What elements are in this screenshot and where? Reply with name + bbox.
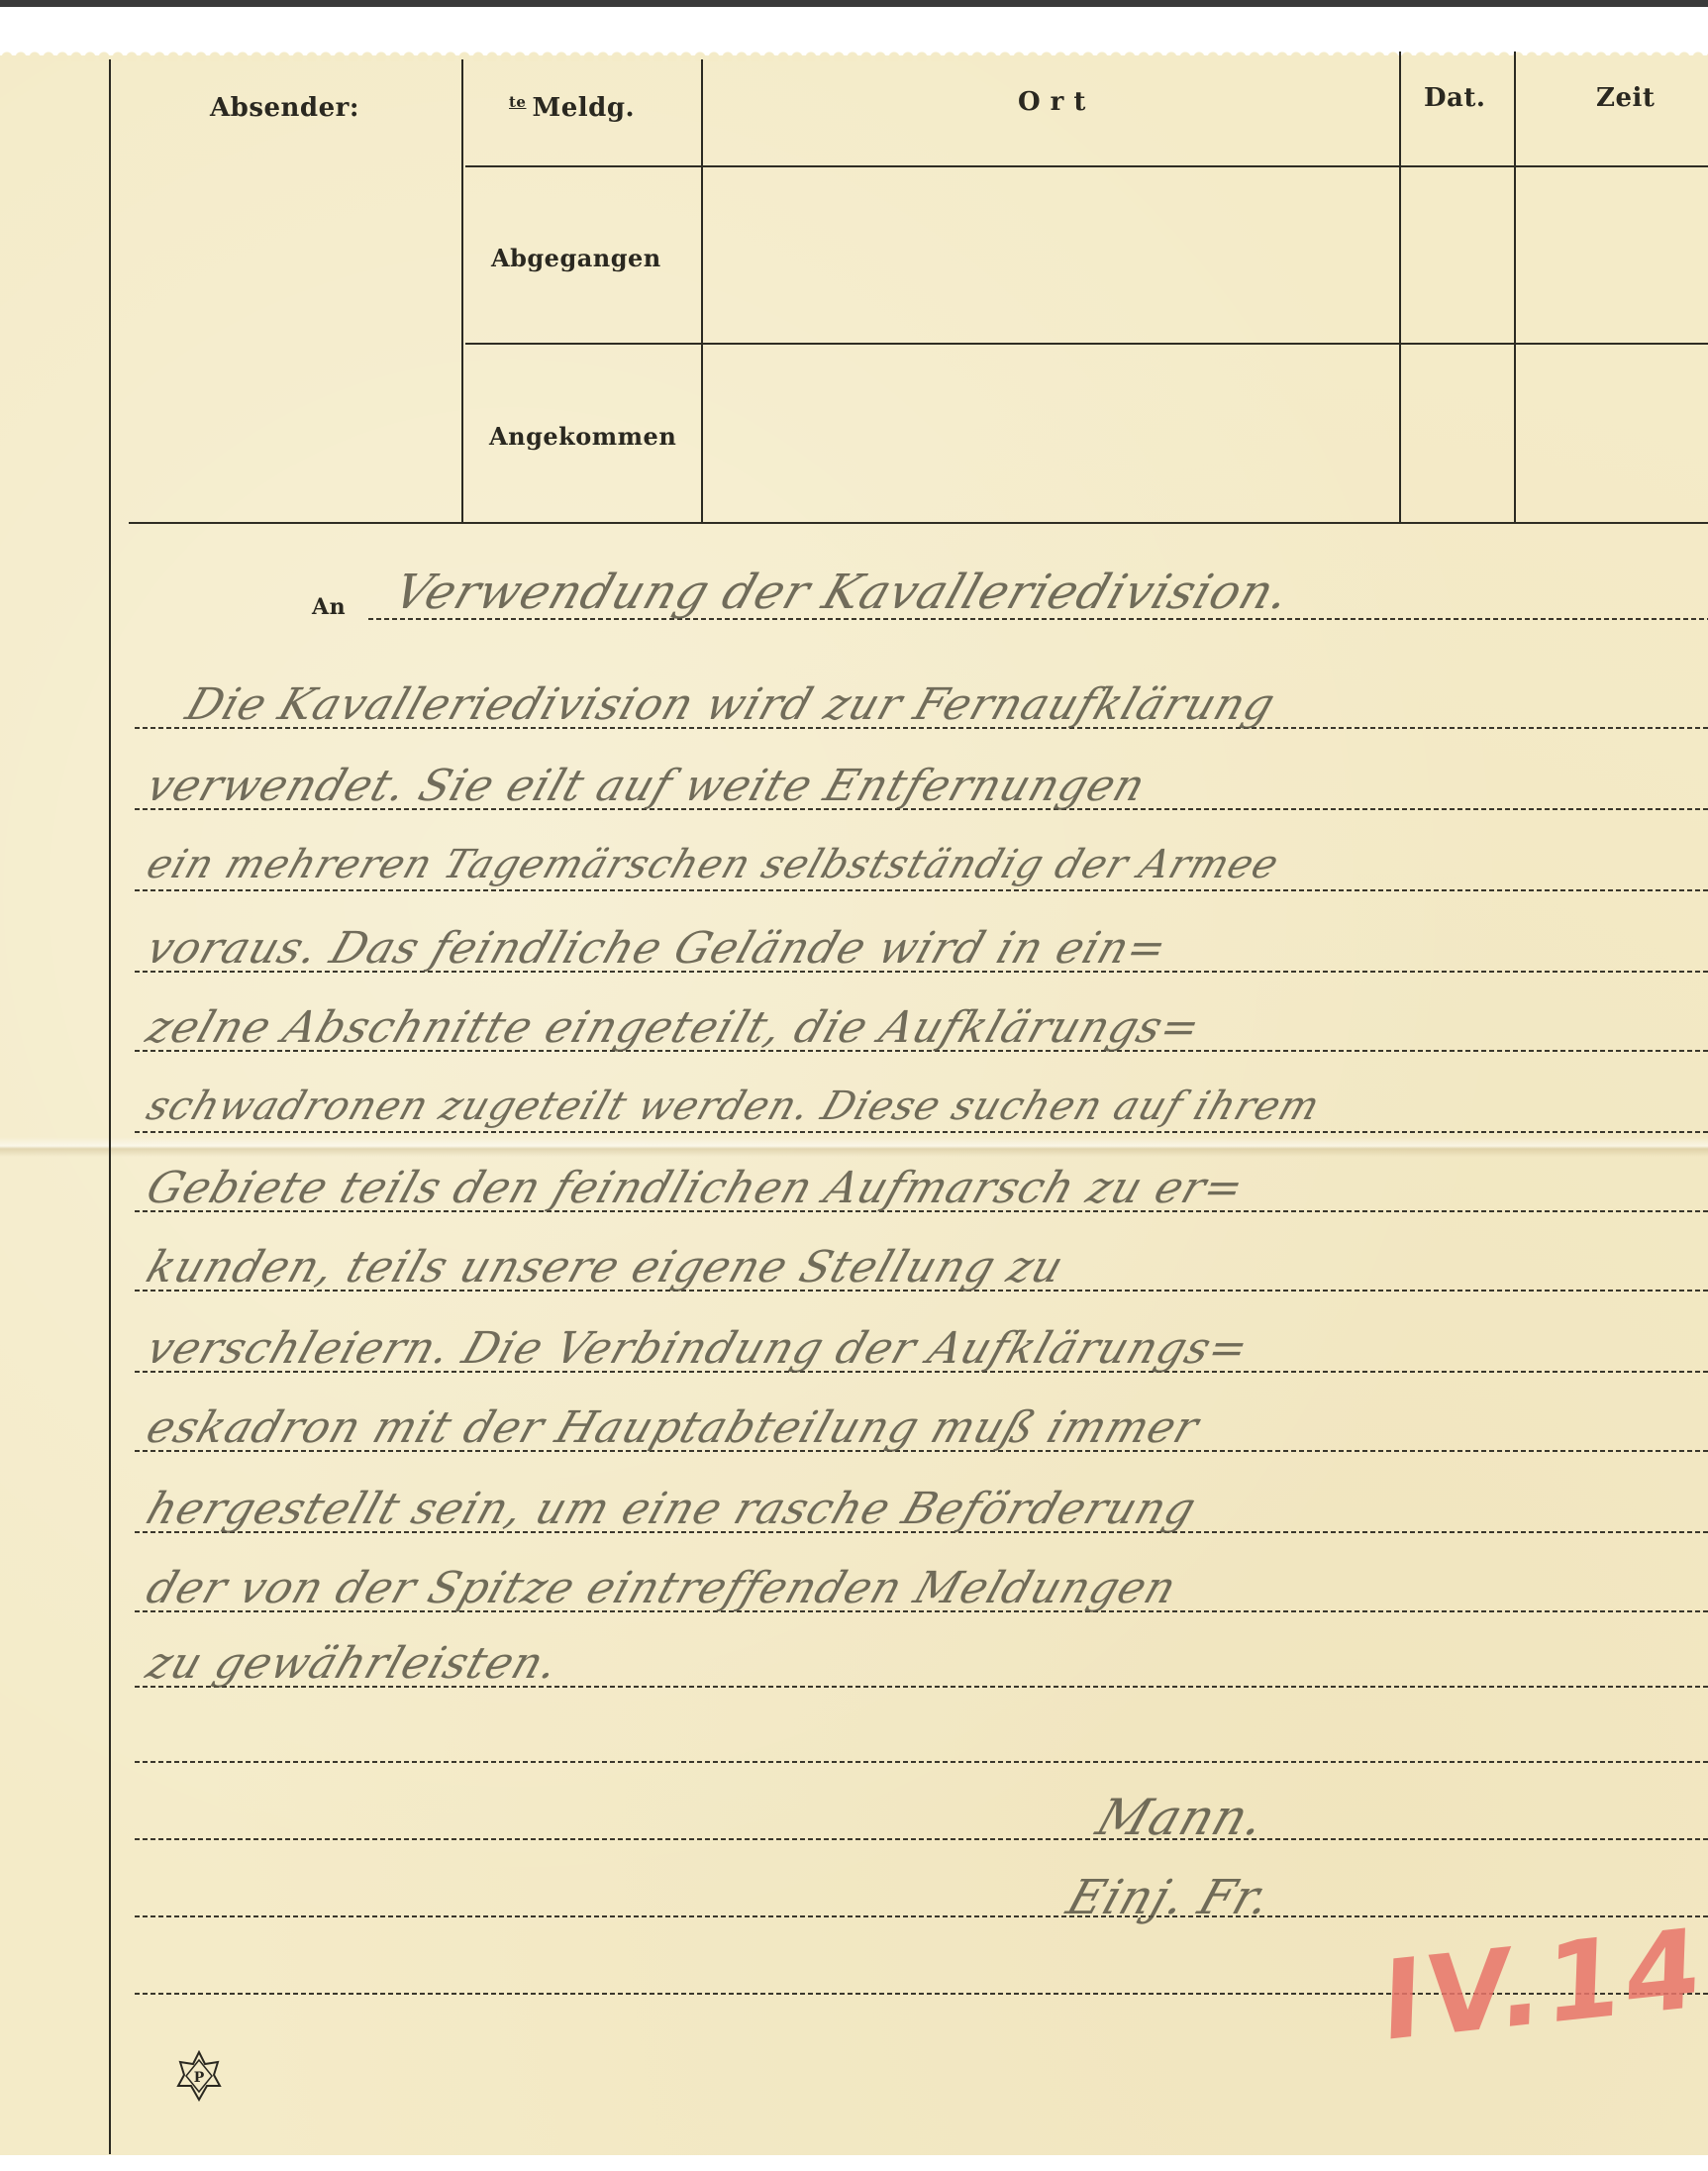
- logo-letter: P: [194, 2070, 205, 2086]
- message-number-ordinal: te: [509, 93, 526, 111]
- header-row-line-2: [465, 343, 1708, 345]
- message-line: voraus. Das feindliche Gelände wird in e…: [141, 923, 1174, 974]
- departed-label: Abgegangen: [491, 244, 661, 272]
- ruled-line: [135, 1131, 1708, 1133]
- header-row-line-1: [465, 165, 1708, 167]
- ruled-line: [135, 1761, 1708, 1763]
- message-line: der von der Spitze eintreffenden Meldung…: [141, 1563, 1183, 1613]
- date-label: Dat.: [1424, 83, 1485, 113]
- ruled-line: [135, 1915, 1708, 1917]
- to-label: An: [312, 594, 346, 620]
- header-bottom-line: [129, 522, 1708, 524]
- sender-label: Absender:: [210, 93, 359, 123]
- message-line: verschleiern. Die Verbindung der Aufklär…: [141, 1323, 1256, 1374]
- ruled-line: [135, 889, 1708, 891]
- ruled-line: [135, 1838, 1708, 1840]
- message-line: zu gewährleisten.: [141, 1638, 565, 1689]
- sender-field[interactable]: [111, 129, 459, 521]
- message-line: hergestellt sein, um eine rasche Beförde…: [141, 1484, 1203, 1534]
- message-line: Die Kavalleriedivision wird zur Fernaufk…: [180, 679, 1282, 730]
- place-label: Ort: [1018, 87, 1095, 117]
- message-line: schwadronen zugeteilt werden. Diese such…: [142, 1084, 1327, 1129]
- signature-name: Mann.: [1090, 1789, 1273, 1846]
- arrived-label: Angekommen: [489, 422, 676, 451]
- paper-fold-crease: [0, 1137, 1708, 1157]
- message-subject: Verwendung der Kavalleriedivision.: [387, 565, 1298, 620]
- printer-star-logo-icon: P: [174, 2050, 224, 2102]
- message-number-text: Meldg.: [532, 93, 635, 123]
- message-line: eskadron mit der Hauptabteilung muß imme…: [141, 1402, 1206, 1453]
- message-line: verwendet. Sie eilt auf weite Entfernung…: [141, 761, 1153, 811]
- departed-time-field[interactable]: [1516, 168, 1708, 342]
- departed-place-field[interactable]: [703, 168, 1398, 342]
- sender-column-divider: [461, 59, 463, 523]
- message-line: ein mehreren Tagemärschen selbstständig …: [142, 842, 1285, 887]
- arrived-time-field[interactable]: [1516, 346, 1708, 521]
- message-number-label: teMeldg.: [509, 93, 635, 123]
- scan-top-border: [0, 0, 1708, 7]
- message-line: zelne Abschnitte eingeteilt, die Aufklär…: [141, 1002, 1208, 1053]
- arrived-place-field[interactable]: [703, 346, 1398, 521]
- time-label: Zeit: [1596, 83, 1655, 113]
- arrived-date-field[interactable]: [1401, 346, 1512, 521]
- signature-rank: Einj. Fr.: [1060, 1870, 1278, 1925]
- message-line: Gebiete teils den feindlichen Aufmarsch …: [141, 1163, 1251, 1213]
- departed-date-field[interactable]: [1401, 168, 1512, 342]
- message-line: kunden, teils unsere eigene Stellung zu: [141, 1242, 1070, 1292]
- perforated-edge: [0, 48, 1708, 61]
